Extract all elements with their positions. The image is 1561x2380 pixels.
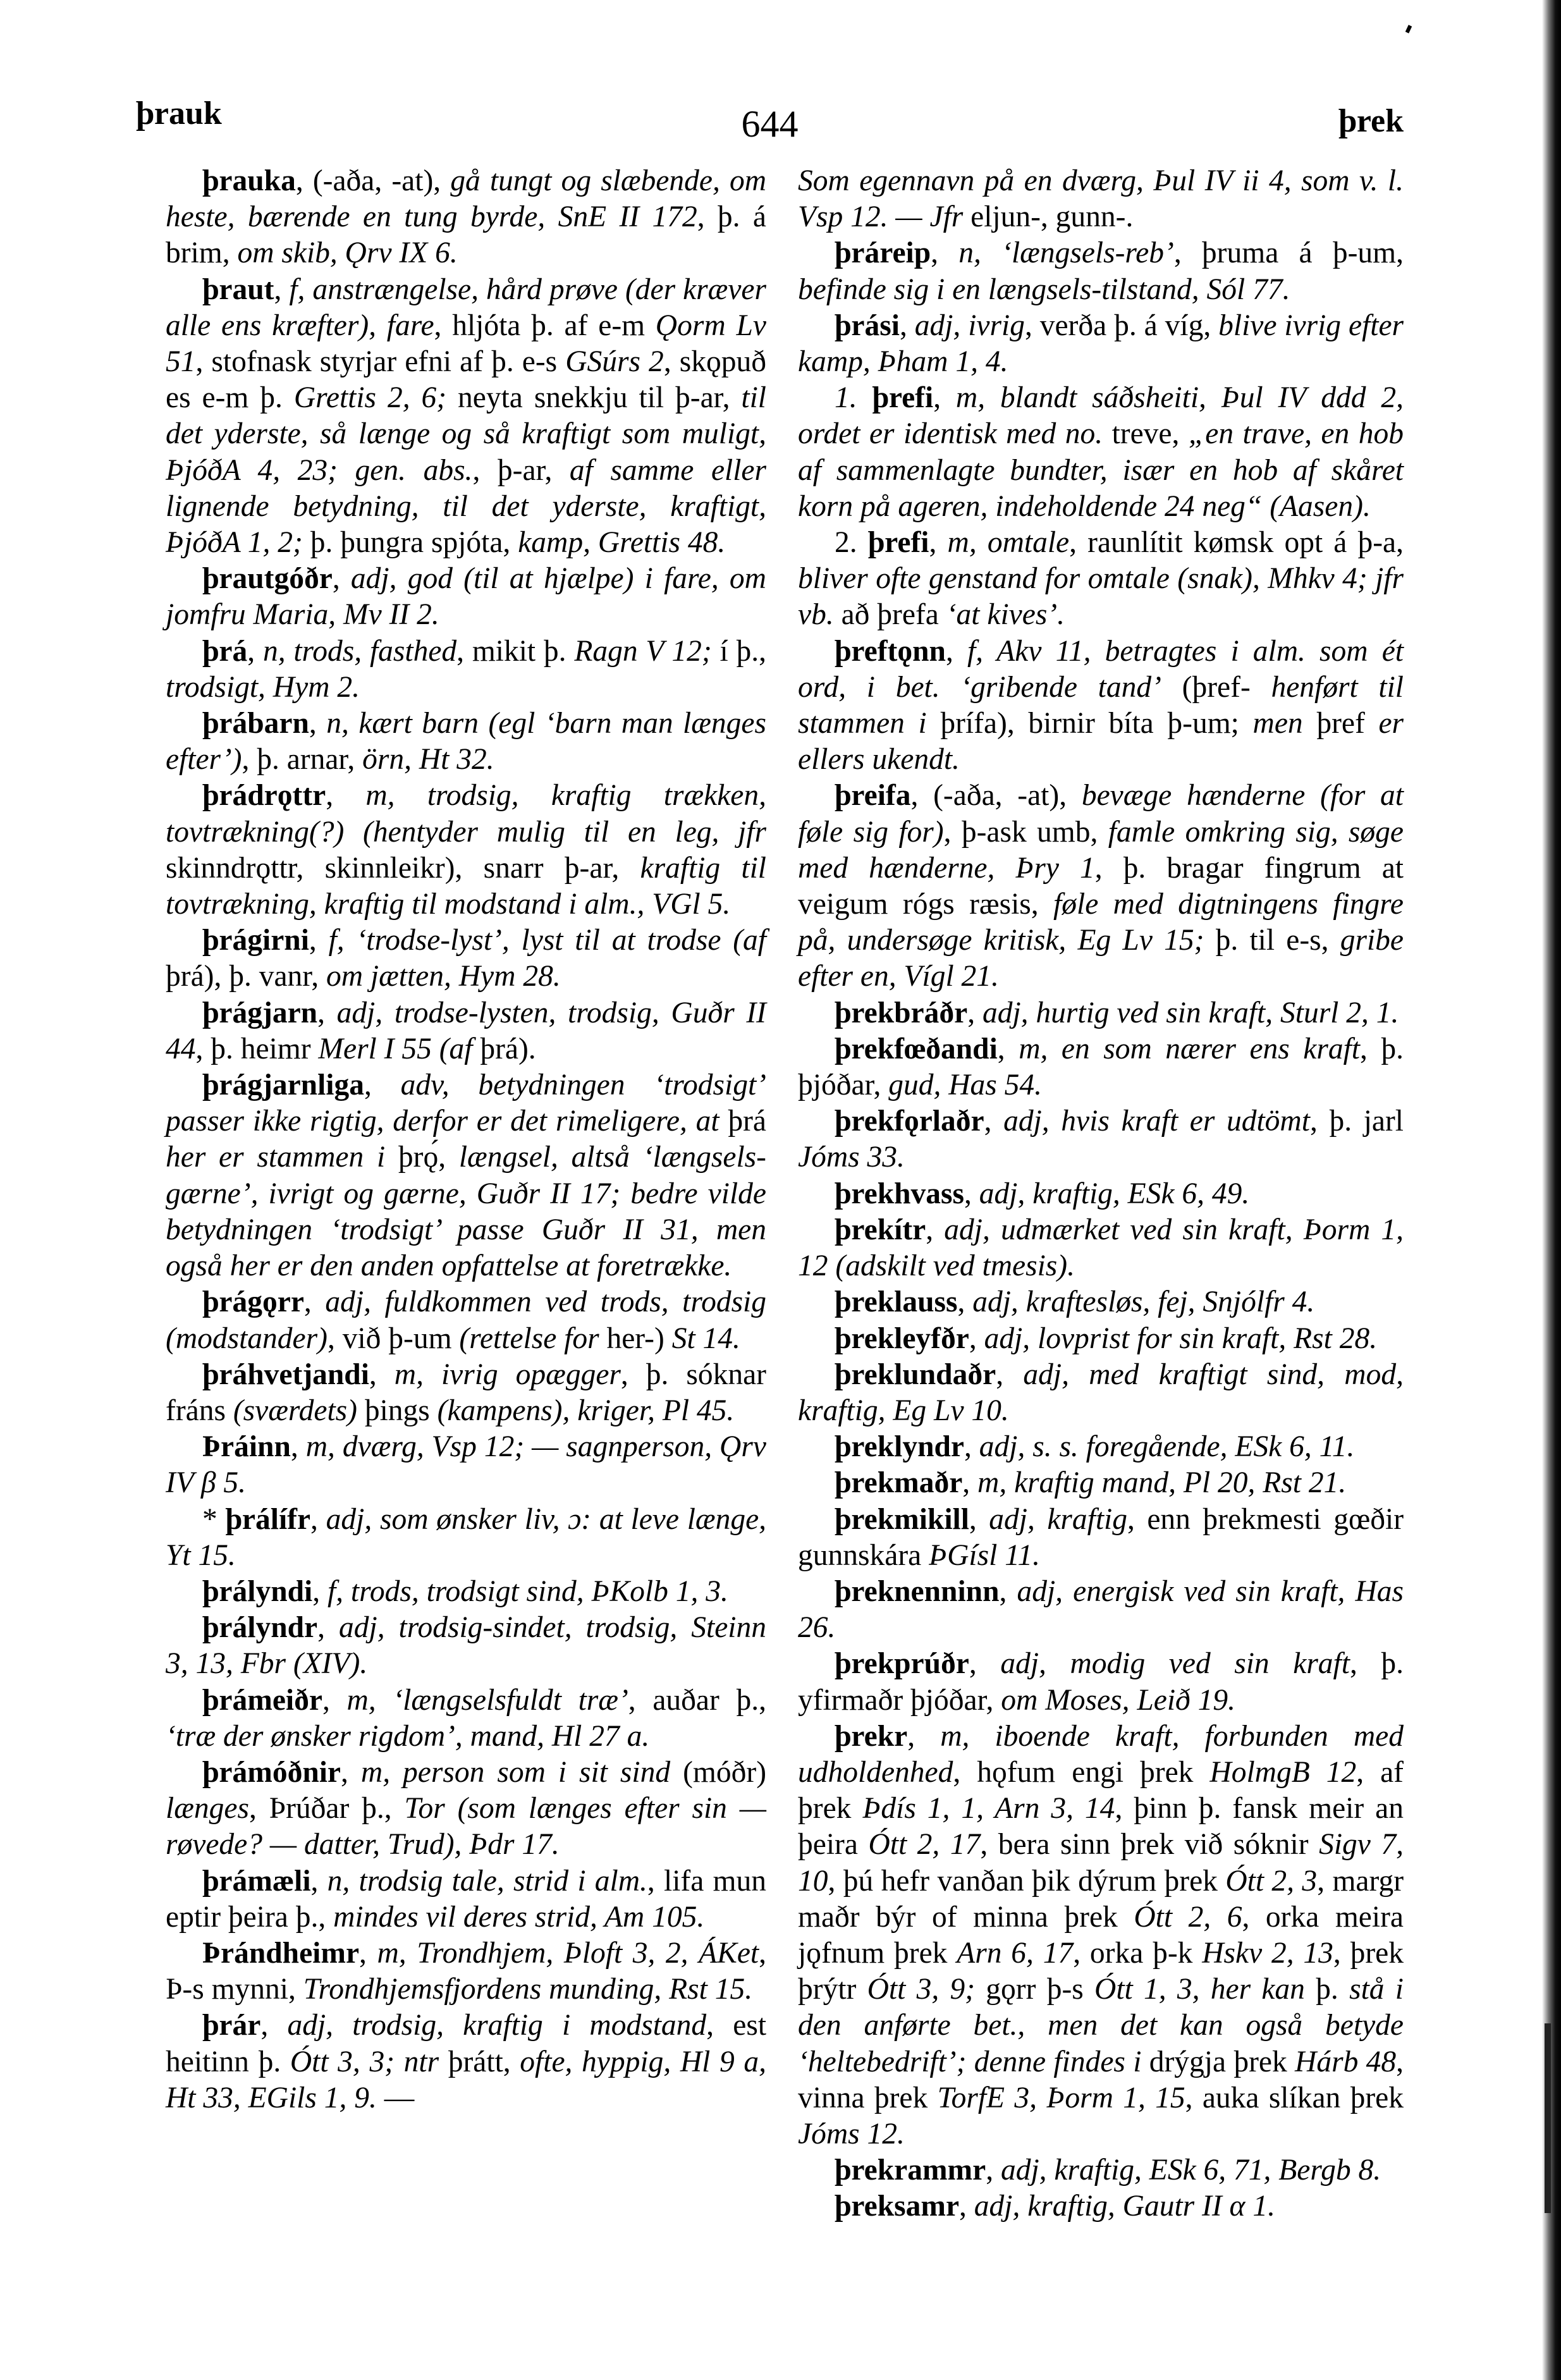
definition-text: GSúrs 2 [565,345,664,378]
citation-text: , [312,1575,328,1608]
scan-page-edge [1542,0,1561,2380]
definition-text: n, ‘længsels-reb’ [958,236,1174,269]
headword: þrágjarnliga [202,1069,364,1101]
citation-text: , [310,1503,326,1536]
definition-text: Þdís 1, 1, Arn 3, 14 [862,1792,1115,1825]
definition-text: adj, ivrig [915,309,1025,342]
dictionary-entry: þrábarn, n, kært barn (egl ‘barn man læn… [166,706,766,778]
definition-text: f, trods, trodsigt sind, ÞKolb 1, 3. [328,1575,728,1608]
dictionary-entry: þrár, adj, trodsig, kraftig i modstand, … [166,2008,766,2116]
definition-text: m, person som i sit sind [361,1756,670,1789]
definition-text: længes [166,1792,249,1825]
headword: þreklyndr [835,1430,964,1463]
definition-text: Trondhjemsfjordens munding, Rst 15. [303,1973,752,2006]
dictionary-entry: Þrándheimr, m, Trondhjem, Þloft 3, 2, ÁK… [166,1935,766,2008]
headword: þrádrǫttr [202,779,326,812]
dictionary-entry: þrekbráðr, adj, hurtig ved sin kraft, St… [798,995,1404,1031]
dictionary-entry: þrágjarnliga, adv, betydningen ‘trodsigt… [166,1067,766,1284]
dictionary-entry: Þráinn, m, dværg, Vsp 12; — sagnperson, … [166,1429,766,1501]
citation-text: , [946,635,967,668]
citation-text: , [322,1684,347,1717]
definition-text: om skib, Ǫrv IX 6. [237,236,457,269]
definition-text: adj, hvis kraft er udtömt [1003,1105,1310,1138]
definition-text: adj, kraftig, ESk 6, 49. [979,1177,1249,1210]
definition-text: adj, kraftig, ESk 6, 71, Bergb 8. [1001,2154,1381,2187]
citation-text: , hljóta þ. af e-m [434,309,656,342]
headword: þrekmikill [835,1503,969,1536]
definition-text: örn, Ht 32. [362,743,494,776]
citation-text: , þ-ar, [472,454,569,487]
dictionary-entry: þrekleyfðr, adj, lovprist for sin kraft,… [798,1321,1404,1357]
headword: þrekmaðr [835,1466,962,1499]
dictionary-entry: þrágǫrr, adj, fuldkommen ved trods, trod… [166,1284,766,1356]
headword: þrágǫrr [202,1285,304,1318]
citation-text: , Þrúðar þ., [249,1792,405,1825]
dictionary-entry: þrauka, (-aða, -at), gå tungt og slæbend… [166,163,766,272]
running-head: þrauk 644 þrek [136,95,1404,145]
citation-text: , [304,1285,325,1318]
dictionary-entry: þráhvetjandi, m, ivrig opægger, þ. sókna… [166,1357,766,1429]
citation-text: , [964,1177,979,1210]
definition-text: her er stammen i [166,1141,385,1174]
citation-text: þref [1303,707,1379,740]
headword: þráhvetjandi [202,1358,369,1391]
citation-text: , raunlítit kømsk opt á þ-a, [1069,526,1404,559]
dictionary-entry: þreklyndr, adj, s. s. foregående, ESk 6,… [798,1429,1404,1465]
definition-text: Merl I 55 (af [318,1033,472,1065]
headword: Þráinn [202,1430,291,1463]
citation-text: neyta snekkju til þ-ar, [446,381,741,414]
dictionary-entry: þraut, f, anstrængelse, hård prøve (der … [166,272,766,561]
definition-text: HolmgB 12 [1209,1756,1356,1789]
dictionary-page: þrauk 644 þrek þrauka, (-aða, -at), gå t… [0,0,1561,2380]
definition-text: Grettis 2, 6; [294,381,446,414]
citation-text: , [969,1322,984,1355]
citation-text: , [333,562,351,595]
definition-text: trodsigt, Hym 2. [166,671,360,704]
headword: þrámóðnir [202,1756,341,1789]
citation-text: , [247,635,263,668]
definition-text: 1. [835,381,872,414]
citation-text: , [984,1105,1004,1138]
definition-text: men [1253,707,1303,740]
definition-text: (rettelse for [459,1322,599,1355]
headword: þrámeiðr [202,1684,322,1717]
dictionary-entry: þrágjarn, adj, trodse-lysten, trodsig, G… [166,995,766,1067]
headword: þreklauss [835,1285,957,1318]
dictionary-entry: þráreip, n, ‘længsels-reb’, þruma á þ-um… [798,235,1404,307]
scan-speck [1405,25,1412,33]
headword: Þrándheimr [202,1937,359,1970]
citation-text: drýgja þrek [1141,2046,1295,2078]
citation-text: , [933,381,956,414]
headword: þrekprúðr [835,1647,969,1680]
definition-text: adj, kraftesløs, fej, Snjólfr 4. [972,1285,1314,1318]
headword: þrágirni [202,924,309,957]
definition-text: Hárb 48 [1295,2046,1396,2078]
dictionary-entry: þreklundaðr, adj, med kraftigt sind, mod… [798,1357,1404,1429]
citation-text: , [317,1611,339,1644]
citation-text: , hǫfum engi þrek [953,1756,1209,1789]
citation-text: , [967,997,983,1029]
definition-text: mindes vil deres strid, Am 105. [333,1901,704,1934]
citation-text: , þ. jarl [1310,1105,1404,1138]
citation-text: , [359,1937,377,1970]
definition-text: m, en som nærer ens kraft [1019,1033,1360,1065]
citation-text: þrá), þ. vanr, [166,960,326,993]
dictionary-entry: þreifa, (-aða, -at), bevæge hænderne (fo… [798,778,1404,995]
headword: þraut [202,273,274,306]
column-left: þrauka, (-aða, -at), gå tungt og slæbend… [166,163,766,2116]
citation-text: þ. þungra spjóta, [303,526,518,559]
headword: þrefi [872,381,933,414]
dictionary-entry: þreklauss, adj, kraftesløs, fej, Snjólfr… [798,1284,1404,1320]
definition-text: TorfE 3, Þorm 1, 15 [938,2082,1185,2114]
citation-text: * [202,1503,226,1536]
definition-text: n, trods, fasthed [263,635,456,668]
definition-text: adj, kraftig [989,1503,1127,1536]
definition-text: ‘at kives’. [946,598,1065,631]
citation-text: (þref- [1161,671,1271,704]
dictionary-entry: þrekrammr, adj, kraftig, ESk 6, 71, Berg… [798,2152,1404,2188]
dictionary-entry: 2. þrefi, m, omtale, raunlítit kømsk opt… [798,525,1404,634]
headword: þreklundaðr [835,1358,996,1391]
citation-text: þ. til e-s, [1204,924,1340,957]
definition-text: Ótt 1, 3, her kan [1094,1973,1305,2006]
dictionary-entry: þrá, n, trods, fasthed, mikit þ. Ragn V … [166,634,766,706]
citation-text: gǫrr þ-s [975,1973,1094,2006]
dictionary-entry: þrámóðnir, m, person som i sit sind (móð… [166,1755,766,1863]
citation-text: þrífa), birnir bíta þ-um; [927,707,1253,740]
headword: þrágjarn [202,997,317,1029]
citation-text: , [326,779,365,812]
definition-text: adj, hurtig ved sin kraft, Sturl 2, 1. [983,997,1399,1029]
citation-text: , þruma á þ-um, [1174,236,1404,269]
citation-text: , þ. heimr [196,1033,319,1065]
dictionary-entry: þrályndr, adj, trodsig-sindet, trodsig, … [166,1610,766,1682]
citation-text: , [317,997,337,1029]
dictionary-entry: þreknenninn, adj, energisk ved sin kraft… [798,1574,1404,1646]
citation-text: , [931,236,958,269]
dictionary-entry: Som egennavn på en dværg, Þul IV ii 4, s… [798,163,1404,235]
citation-text: þings [357,1394,438,1427]
citation-text: , [969,1647,1000,1680]
headword: þrási [835,309,900,342]
citation-text: , [309,924,329,957]
definition-text: Arn 6, 17 [957,1937,1073,1970]
definition-text: om jætten, Hym 28. [326,960,561,993]
dictionary-entry: þrási, adj, ivrig, verða þ. á víg, blive… [798,308,1404,380]
headword: þrekr [835,1720,907,1753]
citation-text: þrá [719,1105,766,1138]
headword: þrár [202,2009,260,2042]
headword: þrekbráðr [835,997,967,1029]
definition-text: f, ‘trodse-lyst’, lyst til at trodse (af [329,924,766,957]
headword: þrá [202,635,247,668]
headword: þrályndr [202,1611,317,1644]
dictionary-entry: þrekr, m, iboende kraft, forbunden med u… [798,1719,1404,2152]
citation-text: , [364,1069,401,1101]
headword: þreifa [835,779,911,812]
definition-text: Ótt 3, 3; ntr [290,2046,439,2078]
citation-text: , (-aða, -at), [911,779,1082,812]
headword: þrekleyfðr [835,1322,969,1355]
definition-text: Ótt 3, 9; [867,1973,975,2006]
dictionary-entry: þrekhvass, adj, kraftig, ESk 6, 49. [798,1176,1404,1212]
citation-text: , bera sinn þrek við sóknir [980,1828,1319,1861]
citation-text: , við þ-um [328,1322,459,1355]
definition-text: ‘træ der ønsker rigdom’, mand, Hl 27 a. [166,1720,649,1753]
headword: þráreip [835,236,931,269]
citation-text: þ. [1305,1973,1349,2006]
citation-text: , [959,2190,974,2223]
citation-text: , auðar þ., [628,1684,766,1717]
dictionary-entry: þrekmikill, adj, kraftig, enn þrekmesti … [798,1502,1404,1574]
dictionary-entry: þrautgóðr, adj, god (til at hjælpe) i fa… [166,561,766,633]
headword: þrálífr [226,1503,311,1536]
definition-text: m, ivrig opægger [395,1358,621,1391]
citation-text: í þ., [712,635,766,668]
citation-text: , [926,1213,944,1246]
citation-text: (móðr) [670,1756,766,1789]
dictionary-entry: þrekfœðandi, m, en som nærer ens kraft, … [798,1031,1404,1103]
headword: þrekítr [835,1213,926,1246]
definition-text: m, ‘længselsfuldt træ’ [347,1684,628,1717]
citation-text: , mikit þ. [456,635,574,668]
citation-text: her-) [599,1322,672,1355]
citation-text: , [341,1756,361,1789]
citation-text: þrá). [472,1033,536,1065]
definition-text: St 14. [672,1322,740,1355]
definition-text: n, trodsig tale, strid i alm. [328,1865,647,1898]
definition-text: gud, Has 54. [888,1069,1042,1101]
definition-text: (kampens), kriger, Pl 45. [438,1394,735,1427]
definition-text: Jóms 12. [798,2118,905,2150]
headword: þrefi [868,526,929,559]
definition-text: om Moses, Leið 19. [1001,1684,1235,1717]
headword: þrályndi [202,1575,312,1608]
headword: þrauka [202,164,296,197]
headword: þrekhvass [835,1177,964,1210]
column-right: Som egennavn på en dværg, Þul IV ii 4, s… [798,163,1404,2225]
page-number: 644 [136,102,1404,146]
citation-text: , [369,1358,395,1391]
citation-text: , [1000,1575,1017,1608]
dictionary-entry: þrályndi, f, trods, trodsigt sind, ÞKolb… [166,1574,766,1610]
headword: þreksamr [835,2190,959,2223]
citation-text: , verða þ. á víg, [1025,309,1218,342]
headword: þrekfǫrlaðr [835,1105,984,1138]
dictionary-entry: þrekfǫrlaðr, adj, hvis kraft er udtömt, … [798,1103,1404,1175]
headword: þrábarn [202,707,309,740]
citation-text: , þú hefr vanðan þik dýrum þrek [828,1865,1226,1898]
definition-text: adj, lovprist for sin kraft, Rst 28. [984,1322,1378,1355]
citation-text: , auka slíkan þrek [1185,2082,1404,2114]
dictionary-entry: þrámæli, n, trodsig tale, strid i alm., … [166,1863,766,1935]
definition-text: m, Trondhjem, Þloft 3, 2, ÁKet [377,1937,759,1970]
dictionary-entry: * þrálífr, adj, som ønsker liv, ɔ: at le… [166,1502,766,1574]
definition-text: (sværdets) [233,1394,357,1427]
definition-text: Jóms 33. [798,1141,905,1174]
headword: þrautgóðr [202,562,333,595]
headword: þrekfœðandi [835,1033,998,1065]
definition-text: Ótt 2, 17 [868,1828,980,1861]
dictionary-entry: þreftǫnn, f, Akv 11, betragtes i alm. so… [798,634,1404,778]
definition-text: adj, kraftig, Gautr II α 1. [974,2190,1275,2223]
citation-text: , [957,1285,972,1318]
dictionary-entry: þrámeiðr, m, ‘længselsfuldt træ’, auðar … [166,1683,766,1755]
definition-text: m, omtale [948,526,1070,559]
citation-text: eljun-, gunn-. [963,200,1133,233]
citation-text: , [309,707,326,740]
guide-word-right: þrek [1338,102,1404,140]
citation-text: , [260,2009,287,2042]
headword: þrámæli [202,1865,311,1898]
definition-text: ÞGísl 11. [929,1539,1040,1572]
citation-text: skinndrǫttr, skinnleikr), snarr þ-ar, [166,852,640,885]
headword: þreftǫnn [835,635,946,668]
citation-text: , [998,1033,1019,1065]
dictionary-entry: þrekmaðr, m, kraftig mand, Pl 20, Rst 21… [798,1465,1404,1501]
definition-text: Hskv 2, 13 [1202,1937,1333,1970]
citation-text: , [311,1865,328,1898]
citation-text: , þ-ask umb, [944,816,1108,849]
definition-text: kamp, Grettis 48. [518,526,725,559]
definition-text: adj, modig ved sin kraft [1000,1647,1350,1680]
citation-text: þrátt, [439,2046,520,2078]
citation-text: , [929,526,948,559]
citation-text: , [986,2154,1001,2187]
definition-text: Ótt 2, 6 [1134,1901,1242,1934]
definition-text: Ragn V 12; [574,635,711,668]
dictionary-entry: þrádrǫttr, m, trodsig, kraftig trækken, … [166,778,766,923]
definition-text: adj, s. s. foregående, ESk 6, 11. [979,1430,1355,1463]
citation-text: treve, [1103,417,1189,450]
definition-text: Ótt 2, 3 [1225,1865,1317,1898]
citation-text: 2. [835,526,868,559]
citation-text: , þ. arnar, [242,743,362,776]
citation-text: , [964,1430,979,1463]
citation-text: að þrefa [834,598,946,631]
citation-text: , [969,1503,989,1536]
citation-text: þrǫ́, [385,1141,459,1174]
citation-text: , [907,1720,940,1753]
citation-text: , [291,1430,306,1463]
headword: þrekrammr [835,2154,986,2187]
definition-text: befinde sig i en længsels-tilstand, Sól … [798,273,1290,306]
citation-text: , [274,273,290,306]
dictionary-entry: þreksamr, adj, kraftig, Gautr II α 1. [798,2188,1404,2224]
dictionary-entry: þrekítr, adj, udmærket ved sin kraft, Þo… [798,1212,1404,1284]
definition-text: adj, trodsig, kraftig i modstand [287,2009,706,2042]
citation-text: , (-aða, -at), [296,164,450,197]
dictionary-entry: þrágirni, f, ‘trodse-lyst’, lyst til at … [166,923,766,995]
citation-text: , orka þ-k [1073,1937,1202,1970]
citation-text: , stofnask styrjar efni af þ. e-s [196,345,566,378]
citation-text: , [996,1358,1023,1391]
dictionary-entry: 1. þrefi, m, blandt sáðsheiti, Þul IV dd… [798,380,1404,525]
citation-text: , [900,309,915,342]
dictionary-entry: þrekprúðr, adj, modig ved sin kraft, þ. … [798,1646,1404,1718]
citation-text: , [962,1466,977,1499]
citation-text: — [377,2082,414,2114]
definition-text: m, kraftig mand, Pl 20, Rst 21. [977,1466,1346,1499]
headword: þreknenninn [835,1575,1000,1608]
